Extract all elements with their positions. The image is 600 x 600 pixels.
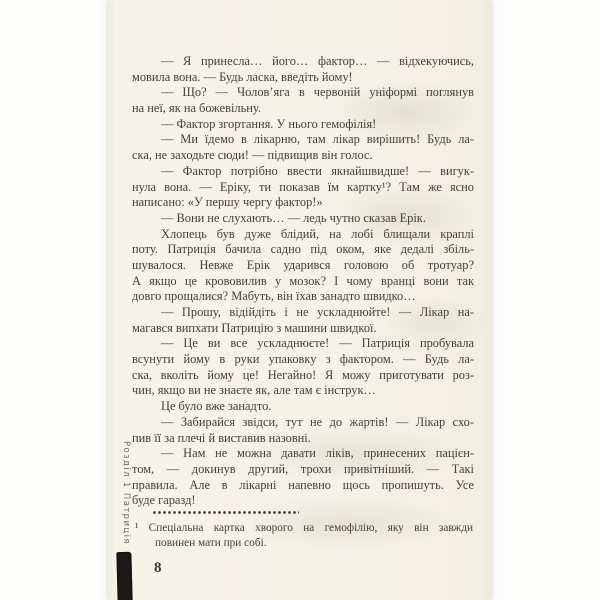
page-number: 8 [154,559,162,577]
text-line: чин, якщо ви не знаєте як, але там є інс… [132,383,474,399]
text-line: буде гаразд! [132,493,474,509]
text-line: — Що? — Чолов’яга в червоній уніформі по… [132,85,474,101]
text-line: — Ми їдемо в лікарню, там лікар вирішить… [132,132,474,148]
text-line: — Вони не слухають… — ледь чутно сказав … [132,211,474,227]
text-line: повинен мати при собі. [135,536,473,551]
body-text: — Я принесла… його… фактор… — відхекуючи… [132,54,474,509]
text-line: Хлопець був дуже блідий, на лобі блищали… [132,227,474,243]
text-line: довго прощалися? Мабуть, він їхав занадт… [132,289,474,305]
chapter-tab-mark [116,552,132,600]
text-line: — Фактор потрібно ввести якнайшвидше! — … [132,164,474,180]
text-line: магався випхати Патрицію з машини швидко… [132,321,474,337]
book-page-scan: — Я принесла… його… фактор… — відхекуючи… [0,0,600,600]
text-line: А якщо це крововилив у мозок? І чому вра… [132,274,474,290]
text-line: поту. Патриція бачила садно під оком, як… [132,242,474,258]
text-line: ска, не заходьте сюди! — підвищив він го… [132,148,474,164]
footnote: ¹ Спеціальна картка хворого на гемофілію… [135,521,473,552]
text-line: написано: «У першу чергу фактор!» [132,195,474,211]
text-line: нула вона. — Еріку, ти показав їм картку… [132,180,474,196]
text-line: Це було вже занадто. [132,399,474,415]
text-line: — Це ви все ускладнюєте! — Патриція проб… [132,336,474,352]
text-line: на неї, як на божевільну. [132,101,474,117]
text-line: пив її за плечі й виставив назовні. [132,431,474,447]
text-line: — Нам не можна давати ліків, принесених … [132,446,474,462]
text-line: шувалося. Невже Ерік ударився головою об… [132,258,474,274]
text-line: — Фактор згортання. У нього гемофілія! [132,117,474,133]
text-line: всунути йому в руки упаковку з фактором.… [132,352,474,368]
text-line: — Прошу, відійдіть і не ускладнюйте! — Л… [132,305,474,321]
page: — Я принесла… його… фактор… — відхекуючи… [108,0,491,600]
text-line: ска, вколіть йому це! Негайно! Я можу пр… [132,368,474,384]
text-line: мовила вона. — Будь ласка, введіть йому! [132,70,474,86]
margin-caption: Розділ 1 Патриція [121,441,131,545]
text-line: том, — докинув другий, трохи привітніший… [132,462,474,478]
footnote-separator [153,511,299,515]
text-line: — Забирайся звідси, тут не до жартів! — … [132,415,474,431]
text-line: правила. Але в лікарні напевно щось проп… [132,478,474,494]
text-line: — Я принесла… його… фактор… — відхекуючи… [132,54,474,70]
text-line: ¹ Спеціальна картка хворого на гемофілію… [135,521,473,536]
